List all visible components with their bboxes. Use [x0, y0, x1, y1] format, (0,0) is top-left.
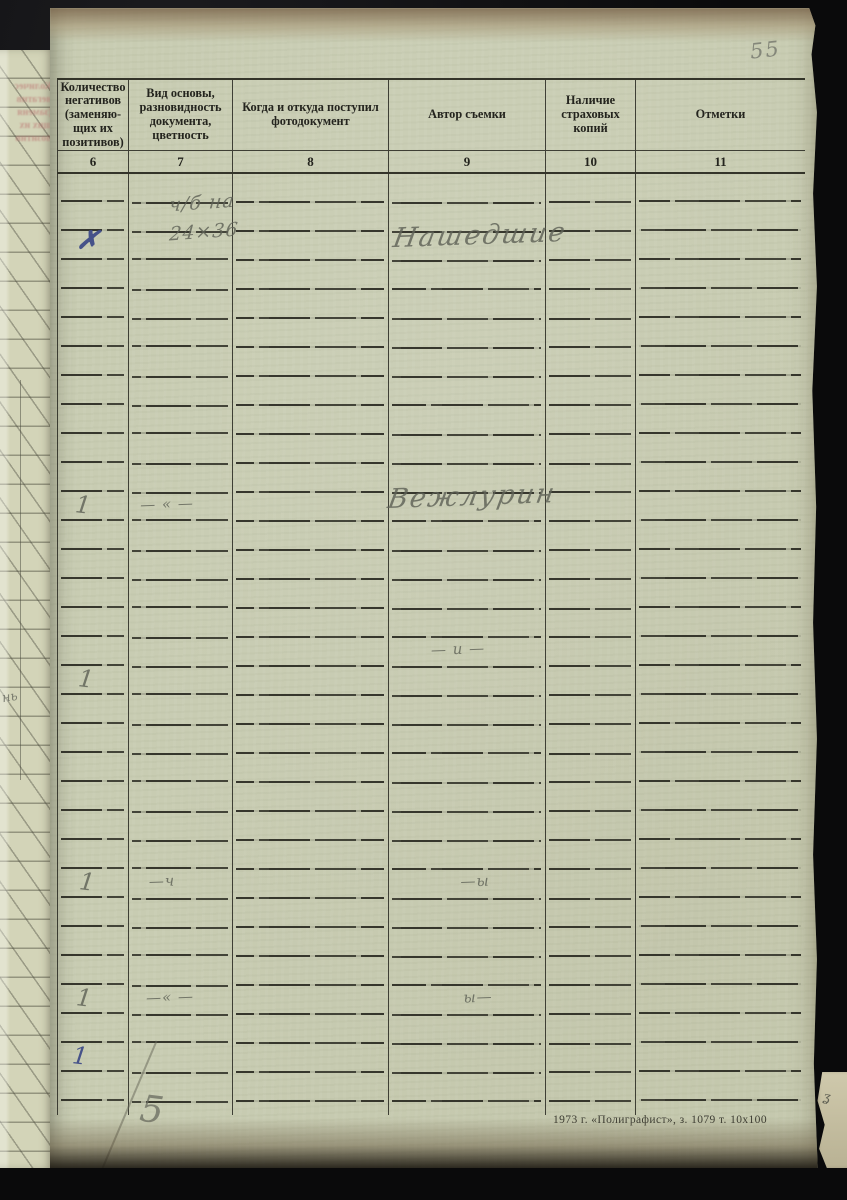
table-cell	[545, 580, 635, 609]
table-cell	[232, 899, 388, 928]
table-cell	[545, 754, 635, 783]
table-cell	[388, 957, 545, 986]
table-cell	[635, 1044, 805, 1073]
underlying-pencil-note: нь	[1, 689, 19, 706]
table-cell	[57, 1015, 128, 1044]
table-cell	[635, 696, 805, 725]
table-cell	[57, 580, 128, 609]
table-cell	[232, 522, 388, 551]
table-cell	[128, 899, 232, 928]
table-cell	[232, 725, 388, 754]
table-cell	[57, 812, 128, 841]
table-cell	[545, 638, 635, 667]
table-cell	[635, 957, 805, 986]
table-cell	[545, 928, 635, 957]
table-row	[57, 580, 805, 609]
table-cell	[57, 696, 128, 725]
table-cell	[57, 464, 128, 493]
table-row	[57, 464, 805, 493]
table-cell	[128, 522, 232, 551]
table-cell	[57, 203, 128, 232]
table-cell	[57, 725, 128, 754]
table-cell	[57, 986, 128, 1015]
table-cell	[57, 348, 128, 377]
table-cell	[57, 928, 128, 957]
column-number-10: 10	[545, 151, 635, 172]
table-cell	[232, 841, 388, 870]
table-cell	[388, 203, 545, 232]
table-cell	[545, 783, 635, 812]
table-cell	[57, 754, 128, 783]
table-cell	[232, 551, 388, 580]
table-cell	[388, 1073, 545, 1102]
table-row	[57, 174, 805, 203]
table-cell	[545, 174, 635, 203]
table-cell	[545, 725, 635, 754]
table-cell	[635, 841, 805, 870]
table-cell	[388, 725, 545, 754]
column-number-9: 9	[388, 151, 545, 172]
table-cell	[57, 638, 128, 667]
table-cell	[57, 667, 128, 696]
table-cell	[57, 1073, 128, 1102]
table-cell	[128, 377, 232, 406]
table-cell	[232, 696, 388, 725]
table-cell	[388, 638, 545, 667]
table-cell	[128, 928, 232, 957]
table-row	[57, 348, 805, 377]
table-row	[57, 696, 805, 725]
table-cell	[635, 725, 805, 754]
table-cell	[635, 435, 805, 464]
table-cell	[57, 493, 128, 522]
table-row	[57, 551, 805, 580]
table-cell	[57, 1102, 128, 1115]
table-cell	[388, 928, 545, 957]
ink-bleed-text: Количеснегатив(заменящих ихпозитив	[0, 80, 52, 145]
table-row	[57, 522, 805, 551]
table-cell	[57, 290, 128, 319]
table-cell	[388, 696, 545, 725]
table-cell	[57, 174, 128, 203]
table-cell	[545, 261, 635, 290]
page-number-pencil: 55	[749, 36, 782, 63]
bleed-text-line: негатив	[0, 93, 52, 106]
table-row	[57, 203, 805, 232]
table-cell	[128, 232, 232, 261]
table-cell	[232, 754, 388, 783]
table-row	[57, 232, 805, 261]
table-row	[57, 1073, 805, 1102]
table-cell	[388, 522, 545, 551]
table-cell	[128, 551, 232, 580]
table-cell	[128, 261, 232, 290]
underlying-page: Количеснегатив(заменящих ихпозитив нь	[0, 50, 54, 1168]
table-cell	[635, 464, 805, 493]
table-cell	[232, 870, 388, 899]
table-cell	[545, 232, 635, 261]
column-number-6: 6	[57, 151, 128, 172]
bleed-text-line: щих их	[0, 119, 52, 132]
table-cell	[232, 232, 388, 261]
table-cell	[388, 1102, 545, 1115]
table-cell	[635, 812, 805, 841]
table-row	[57, 667, 805, 696]
table-cell	[388, 348, 545, 377]
table-row	[57, 870, 805, 899]
table-cell	[57, 377, 128, 406]
table-cell	[128, 957, 232, 986]
table-cell	[232, 812, 388, 841]
bleed-text-line: (заменя	[0, 106, 52, 119]
table-cell	[388, 812, 545, 841]
table-cell	[232, 638, 388, 667]
page-bottom-edge	[50, 1118, 820, 1168]
column-number-11: 11	[635, 151, 805, 172]
table-cell	[545, 1044, 635, 1073]
header-cell-10: Наличие страховых копий	[545, 80, 635, 150]
table-body	[57, 174, 805, 1115]
table-header: Количество негативов (заменяю- щих их по…	[57, 80, 805, 151]
table-cell	[232, 986, 388, 1015]
table-cell	[57, 232, 128, 261]
table-row	[57, 1015, 805, 1044]
table-cell	[128, 493, 232, 522]
table-cell	[388, 667, 545, 696]
table-cell	[545, 1073, 635, 1102]
table-cell	[232, 1102, 388, 1115]
table-cell	[635, 261, 805, 290]
table-cell	[388, 319, 545, 348]
table-row	[57, 493, 805, 522]
table-cell	[545, 348, 635, 377]
table-cell	[232, 464, 388, 493]
table-cell	[57, 1044, 128, 1073]
table-cell	[232, 1044, 388, 1073]
table-cell	[128, 435, 232, 464]
table-cell	[635, 348, 805, 377]
table-cell	[545, 319, 635, 348]
table-cell	[128, 406, 232, 435]
table-cell	[545, 986, 635, 1015]
table-cell	[232, 319, 388, 348]
table-cell	[57, 522, 128, 551]
table-cell	[128, 203, 232, 232]
header-cell-6: Количество негативов (заменяю- щих их по…	[57, 80, 128, 150]
table-cell	[232, 290, 388, 319]
table-cell	[635, 783, 805, 812]
table-cell	[635, 174, 805, 203]
table-cell	[388, 493, 545, 522]
table-cell	[545, 464, 635, 493]
table-cell	[545, 435, 635, 464]
table-cell	[545, 957, 635, 986]
table-cell	[545, 667, 635, 696]
table-row	[57, 377, 805, 406]
table-cell	[635, 406, 805, 435]
table-cell	[57, 261, 128, 290]
table-cell	[128, 841, 232, 870]
table-cell	[635, 754, 805, 783]
table-cell	[388, 899, 545, 928]
header-cell-9: Автор съемки	[388, 80, 545, 150]
table-cell	[232, 348, 388, 377]
table-cell	[635, 1073, 805, 1102]
table-cell	[232, 493, 388, 522]
table-cell	[128, 464, 232, 493]
table-row	[57, 638, 805, 667]
bleed-text-line: Количес	[0, 80, 52, 93]
table-cell	[635, 377, 805, 406]
table-cell	[57, 957, 128, 986]
table-cell	[128, 696, 232, 725]
table-cell	[232, 928, 388, 957]
table-cell	[635, 203, 805, 232]
table-cell	[388, 435, 545, 464]
table-cell	[232, 377, 388, 406]
table-cell	[128, 174, 232, 203]
table-cell	[232, 174, 388, 203]
table-row	[57, 928, 805, 957]
table-cell	[388, 754, 545, 783]
table-row	[57, 812, 805, 841]
table-cell	[388, 986, 545, 1015]
table-cell	[232, 261, 388, 290]
table-cell	[388, 261, 545, 290]
table-cell	[388, 232, 545, 261]
header-cell-7: Вид основы, разновидность документа, цве…	[128, 80, 232, 150]
table-cell	[388, 464, 545, 493]
column-number-7: 7	[128, 151, 232, 172]
marginal-mark: ʓ	[822, 1089, 832, 1105]
table-cell	[232, 1015, 388, 1044]
table-cell	[57, 319, 128, 348]
table-cell	[635, 551, 805, 580]
table-row	[57, 1044, 805, 1073]
table-row	[57, 435, 805, 464]
column-number-8: 8	[232, 151, 388, 172]
table-cell	[545, 841, 635, 870]
underlying-page-rule	[20, 380, 21, 780]
table-row	[57, 783, 805, 812]
table-row	[57, 841, 805, 870]
table-cell	[57, 870, 128, 899]
table-cell	[388, 609, 545, 638]
table-cell	[635, 580, 805, 609]
table-cell	[57, 435, 128, 464]
table-cell	[635, 522, 805, 551]
table-cell	[128, 667, 232, 696]
table-cell	[232, 435, 388, 464]
table-cell	[545, 551, 635, 580]
table-cell	[57, 783, 128, 812]
table-cell	[128, 638, 232, 667]
table-cell	[57, 551, 128, 580]
table-cell	[128, 1015, 232, 1044]
table-cell	[128, 870, 232, 899]
table-cell	[388, 377, 545, 406]
table-cell	[545, 696, 635, 725]
header-cell-8: Когда и откуда поступил фотодокумент	[232, 80, 388, 150]
table-cell	[388, 580, 545, 609]
table-cell	[635, 609, 805, 638]
table-cell	[232, 1073, 388, 1102]
table-cell	[388, 290, 545, 319]
table-cell	[232, 580, 388, 609]
table-row	[57, 754, 805, 783]
table-cell	[232, 783, 388, 812]
table-row	[57, 986, 805, 1015]
table-cell	[545, 203, 635, 232]
table-cell	[128, 580, 232, 609]
table-cell	[57, 609, 128, 638]
torn-corner-fragment: ʓ	[816, 1072, 847, 1168]
table-row	[57, 899, 805, 928]
table-cell	[232, 957, 388, 986]
table-cell	[128, 609, 232, 638]
table-cell	[57, 841, 128, 870]
table-row	[57, 609, 805, 638]
table-cell	[128, 986, 232, 1015]
table-cell	[545, 812, 635, 841]
header-cell-11: Отметки	[635, 80, 805, 150]
table-cell	[635, 899, 805, 928]
table-cell	[388, 551, 545, 580]
table-cell	[545, 377, 635, 406]
table-cell	[388, 870, 545, 899]
bleed-text-line: позитив	[0, 132, 52, 145]
table-cell	[635, 1015, 805, 1044]
table-cell	[388, 406, 545, 435]
table-cell	[635, 667, 805, 696]
table-cell	[635, 493, 805, 522]
table-cell	[635, 986, 805, 1015]
table-cell	[232, 203, 388, 232]
table-cell	[545, 522, 635, 551]
table-cell	[232, 609, 388, 638]
table-row	[57, 957, 805, 986]
table-row	[57, 725, 805, 754]
table-cell	[545, 406, 635, 435]
table-column-numbers: 67891011	[57, 151, 805, 174]
table-cell	[232, 667, 388, 696]
table-cell	[388, 1015, 545, 1044]
scanned-ledger-photo: Количеснегатив(заменящих ихпозитив нь 55…	[0, 0, 847, 1200]
table-cell	[128, 783, 232, 812]
table-cell	[545, 1015, 635, 1044]
ledger-page: 55 Количество негативов (заменяю- щих их…	[50, 8, 820, 1168]
page-top-edge	[50, 8, 820, 42]
table-row	[57, 290, 805, 319]
table-cell	[635, 870, 805, 899]
table-cell	[388, 1044, 545, 1073]
table-cell	[128, 290, 232, 319]
table-row	[57, 261, 805, 290]
table-cell	[635, 319, 805, 348]
table-cell	[388, 841, 545, 870]
table-cell	[635, 928, 805, 957]
table-cell	[388, 174, 545, 203]
table-row	[57, 319, 805, 348]
table-row	[57, 406, 805, 435]
table-cell	[128, 319, 232, 348]
table-cell	[545, 609, 635, 638]
table-cell	[635, 232, 805, 261]
table-cell	[635, 290, 805, 319]
table-cell	[57, 406, 128, 435]
register-table: Количество негативов (заменяю- щих их по…	[57, 78, 805, 1115]
table-cell	[388, 783, 545, 812]
table-cell	[128, 812, 232, 841]
table-cell	[545, 870, 635, 899]
table-cell	[128, 725, 232, 754]
table-cell	[545, 493, 635, 522]
table-cell	[635, 638, 805, 667]
table-cell	[232, 406, 388, 435]
table-cell	[545, 899, 635, 928]
table-cell	[128, 754, 232, 783]
table-cell	[128, 348, 232, 377]
table-cell	[545, 290, 635, 319]
table-cell	[57, 899, 128, 928]
